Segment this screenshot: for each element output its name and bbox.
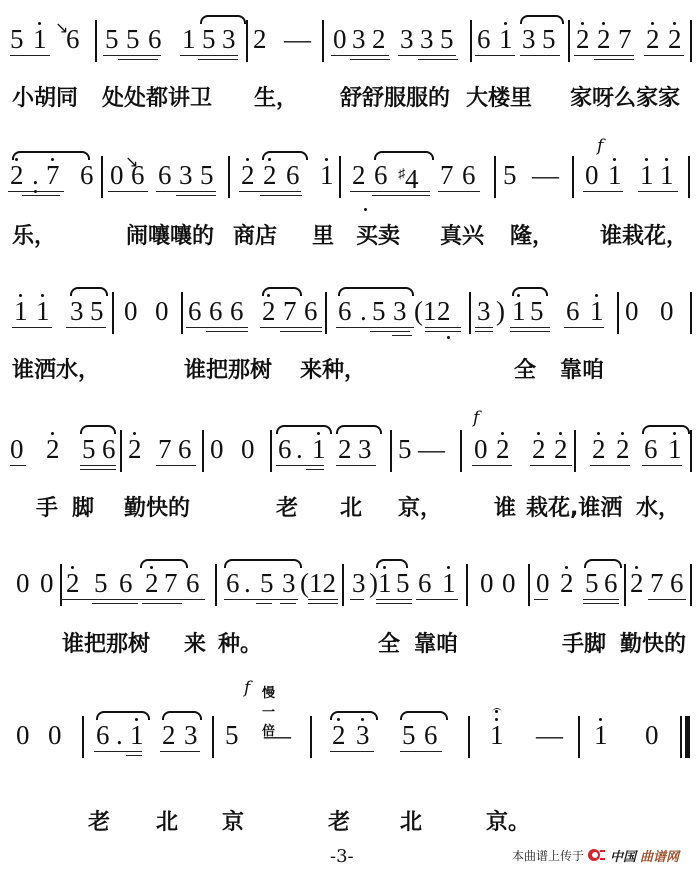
note-token: — (284, 24, 311, 54)
duration-underline (398, 55, 456, 56)
duration-underline (376, 599, 412, 600)
duration-underline (590, 465, 630, 466)
lyric-text: 脚 (72, 496, 94, 522)
watermark-site-cn: 中国 (610, 846, 636, 865)
note-token: 0 (10, 434, 24, 464)
note-token: 3 (358, 434, 372, 464)
note-token: 6 (604, 568, 618, 598)
note-token: 7 (164, 568, 178, 598)
note-token: 2 (668, 24, 682, 54)
note-token: 0 (124, 296, 138, 326)
barline (215, 564, 217, 606)
note-token: 6 (96, 720, 110, 750)
note-token: 2 (10, 160, 24, 190)
lyric-text: 处处都讲卫 (102, 86, 212, 112)
duration-underline (583, 191, 623, 192)
duration-underline (80, 465, 116, 466)
lyric-text: 京。 (486, 810, 530, 836)
note-token: 2 (532, 434, 546, 464)
note-token: 2 (496, 434, 510, 464)
lyric-text: 闹嚷嚷的 (126, 224, 214, 250)
note-token: — (418, 434, 445, 464)
octave-dot-above (133, 432, 136, 435)
note-token: 2 (597, 24, 611, 54)
note-token: 5 (260, 568, 274, 598)
note-token: 0 (48, 720, 62, 750)
duration-underline (260, 327, 322, 328)
fermata-icon (492, 708, 502, 714)
barline (690, 20, 692, 62)
barline (468, 716, 470, 758)
barline (95, 20, 97, 62)
note-token: 0 (241, 434, 255, 464)
note-token: 1 (14, 296, 28, 326)
lyric-text: 小胡同 (12, 86, 78, 112)
note-token: 2 (646, 24, 660, 54)
lyric-text: 种。 (218, 632, 262, 658)
note-token: 5 (440, 24, 454, 54)
note-token: 1 (608, 160, 622, 190)
note-token: 6 (477, 24, 491, 54)
barline (528, 564, 530, 606)
tempo-marking: 慢一倍 (262, 682, 275, 739)
note-token: 0 (536, 568, 550, 598)
note-token: . (32, 160, 39, 190)
duration-underline (534, 599, 548, 600)
note-token: 5 (530, 296, 544, 326)
duration-underline (126, 755, 142, 756)
note-token: 2 (554, 434, 568, 464)
note-token: 2 (46, 434, 60, 464)
note-token: 1 (33, 24, 47, 54)
octave-dot-above (645, 158, 648, 161)
note-token: 6 (670, 568, 684, 598)
duration-underline (94, 751, 142, 752)
note-token: 5 (90, 296, 104, 326)
slur-arc (400, 711, 448, 720)
note-token: — (536, 720, 563, 750)
duration-underline (336, 465, 376, 466)
note-token: 6 (230, 296, 244, 326)
slur-arc (276, 425, 332, 434)
note-token: 6 (338, 296, 352, 326)
duration-underline (92, 603, 138, 604)
watermark-prefix: 本曲谱上传于 (512, 847, 584, 864)
note-token: 6 (374, 160, 388, 190)
note-token: 3 (522, 24, 536, 54)
note-token: 2 (162, 720, 176, 750)
note-token: 2 (592, 434, 606, 464)
duration-underline (198, 59, 238, 60)
final-barline-thin (680, 716, 682, 758)
note-token: 6 (158, 160, 172, 190)
note-token: 3 (352, 24, 366, 54)
duration-underline (392, 335, 412, 336)
barline (101, 156, 103, 198)
note-token: 0 (502, 568, 516, 598)
note-token: 3 (179, 160, 193, 190)
note-token: 0 (110, 160, 124, 190)
note-token: 3 (222, 24, 236, 54)
duration-underline (239, 191, 301, 192)
note-token: 6 (119, 568, 133, 598)
note-token: 2 (560, 568, 574, 598)
octave-dot-above (599, 718, 602, 721)
duration-underline (376, 603, 412, 604)
duration-underline (418, 59, 458, 60)
barline (466, 564, 468, 606)
note-token: 1 (660, 160, 674, 190)
slur-arc (336, 425, 382, 434)
note-token: . (244, 568, 251, 598)
barline (690, 430, 692, 472)
duration-underline (564, 327, 604, 328)
note-token: 3 (477, 296, 491, 326)
note-token: 0 (660, 296, 674, 326)
lyric-text: 大楼里 (466, 86, 532, 112)
barline (120, 430, 122, 472)
duration-underline (574, 55, 634, 56)
note-token: ) (496, 296, 505, 326)
duration-underline (12, 327, 52, 328)
note-token: 2 (145, 568, 159, 598)
barline (342, 564, 344, 606)
duration-underline (583, 603, 619, 604)
duration-underline (644, 55, 684, 56)
note-token: 6 (226, 568, 240, 598)
octave-dot-above (447, 566, 450, 569)
barline (688, 156, 690, 198)
note-token: 6 (286, 160, 300, 190)
note-token: 6 (278, 434, 292, 464)
lyric-text: 真兴 (440, 224, 484, 250)
duration-underline (510, 331, 550, 332)
note-token: 0 (474, 434, 488, 464)
lyric-text: 水， (636, 496, 680, 522)
note-token: 6 (424, 720, 438, 750)
lyric-text: 生， (254, 86, 298, 112)
octave-dot-above (246, 158, 249, 161)
watermark: 本曲谱上传于 中国曲谱网 (512, 846, 679, 865)
octave-dot-above (581, 22, 584, 25)
octave-dot-above (613, 158, 616, 161)
octave-dot-above (559, 432, 562, 435)
duration-underline (425, 327, 461, 328)
lyric-text: 谁把那树 (184, 358, 272, 384)
slur-arc (200, 15, 246, 24)
note-token: 3 (352, 568, 366, 598)
barline (325, 292, 327, 334)
slur-arc (224, 559, 302, 568)
note-token: 2 (262, 296, 276, 326)
octave-dot-above (651, 22, 654, 25)
note-token: 1 (182, 24, 196, 54)
barline (494, 156, 496, 198)
duration-underline (350, 191, 430, 192)
note-token: 5 (372, 296, 386, 326)
slur-arc (520, 15, 564, 24)
octave-dot-above (38, 22, 41, 25)
note-token: 1 (490, 720, 504, 750)
note-token: 2 (263, 160, 277, 190)
lyric-text: 北 (400, 810, 422, 836)
note-token: 6 (186, 568, 200, 598)
barline (572, 156, 574, 198)
duration-underline (370, 331, 410, 332)
duration-underline (350, 599, 364, 600)
note-token: 0 (625, 296, 639, 326)
duration-underline (648, 599, 686, 600)
barline (390, 430, 392, 472)
dynamic-forte: f (473, 408, 479, 428)
note-token: 2 (576, 24, 590, 54)
lyric-text: 谁 (494, 496, 516, 522)
note-token: 5 (225, 720, 239, 750)
duration-underline (186, 327, 248, 328)
note-token: 6 (102, 434, 116, 464)
octave-dot-above (71, 566, 74, 569)
note-token: 3 (420, 24, 434, 54)
barline (690, 292, 692, 334)
lyric-text: 谁把那树 (62, 632, 150, 658)
note-token: 2 (253, 24, 267, 54)
note-token: 2 (128, 434, 142, 464)
slur-arc (374, 151, 434, 160)
duration-underline (280, 603, 296, 604)
barline (469, 292, 471, 334)
note-token: 1 (499, 24, 513, 54)
lyric-text: 来 (184, 632, 206, 658)
note-token: (12 (300, 568, 336, 598)
octave-dot-above (673, 22, 676, 25)
note-token: . (296, 434, 303, 464)
octave-dot-above (504, 22, 507, 25)
barline (212, 716, 214, 758)
note-token: 6 (566, 296, 580, 326)
slur-arc (262, 287, 302, 296)
note-token: 0 (645, 720, 659, 750)
lyric-text: 全 (378, 632, 400, 658)
barline (578, 716, 580, 758)
note-token: 2 (241, 160, 255, 190)
note-token: 6 (304, 296, 318, 326)
duration-underline (60, 599, 205, 600)
duration-underline (256, 603, 272, 604)
final-barline-thick (685, 716, 690, 758)
lyric-text: 隆， (510, 224, 554, 250)
note-token: 2 (332, 720, 346, 750)
lyric-text: 舒舒服服的 (340, 86, 450, 112)
duration-underline (330, 751, 374, 752)
lyric-text: 靠咱 (560, 358, 604, 384)
note-token: 7 (46, 160, 60, 190)
note-token: 0 (333, 24, 347, 54)
note-token: 5 (200, 160, 214, 190)
octave-dot-below (447, 336, 450, 339)
jianpu-score: 5165561532—032335613522722↘小胡同处处都讲卫生，舒舒服… (0, 0, 700, 870)
note-token: 6 (418, 568, 432, 598)
duration-underline (510, 327, 550, 328)
barline (339, 156, 341, 198)
duration-underline (156, 465, 196, 466)
note-token: 7 (618, 24, 632, 54)
note-token: 6 (644, 434, 658, 464)
lyric-text: 商店 (233, 224, 277, 250)
barline (617, 292, 619, 334)
note-token: 2 (630, 568, 644, 598)
barline (460, 430, 462, 472)
note-token: 5 (396, 568, 410, 598)
octave-dot-above (602, 22, 605, 25)
note-token: 0 (40, 568, 54, 598)
note-token: 5 (503, 160, 517, 190)
octave-dot-above (501, 432, 504, 435)
lyric-text: 栽花,谁洒 (526, 496, 622, 522)
note-token: 1 (590, 296, 604, 326)
note-token: 6 (462, 160, 476, 190)
note-token: 6 (188, 296, 202, 326)
lyric-text: 老 (276, 496, 298, 522)
lyric-text: 谁栽花， (600, 224, 688, 250)
duration-underline (350, 59, 390, 60)
duration-underline (642, 465, 682, 466)
duration-underline (530, 465, 572, 466)
note-token: 0 (585, 160, 599, 190)
note-token: 1 (130, 720, 144, 750)
octave-dot-above (621, 432, 624, 435)
note-token: 3 (70, 296, 84, 326)
note-token: 3 (184, 720, 198, 750)
slur-arc (338, 287, 414, 296)
duration-underline (66, 327, 106, 328)
note-token: 6 (80, 160, 94, 190)
barline (690, 564, 692, 606)
duration-underline (224, 599, 298, 600)
lyric-text: 北 (156, 810, 178, 836)
note-token: — (532, 160, 559, 190)
slur-arc (162, 711, 202, 720)
note-token: 6 (178, 434, 192, 464)
note-token: ) (369, 568, 378, 598)
barline (574, 430, 576, 472)
octave-dot-above (325, 158, 328, 161)
duration-underline (108, 191, 148, 192)
duration-underline (583, 599, 619, 600)
duration-underline (520, 55, 560, 56)
duration-underline (475, 331, 493, 332)
duration-underline (308, 599, 338, 600)
lyric-text: 老 (88, 810, 110, 836)
slur-arc (70, 287, 108, 296)
duration-underline (118, 59, 158, 60)
note-token: 0 (480, 568, 494, 598)
note-token: ♯4 (398, 160, 419, 194)
note-token: 2 (372, 24, 386, 54)
octave-dot-above (51, 432, 54, 435)
slur-arc (584, 559, 622, 568)
barline (202, 430, 204, 472)
barline (624, 564, 626, 606)
duration-underline (276, 465, 324, 466)
note-token: 1 (36, 296, 50, 326)
note-token: 2 (437, 296, 451, 326)
barline (310, 716, 312, 758)
note-token: 1 (312, 434, 326, 464)
barline (470, 20, 472, 62)
lyric-text: 来种， (300, 358, 366, 384)
note-token: 2 (338, 434, 352, 464)
note-token: 6 (209, 296, 223, 326)
duration-underline (438, 191, 480, 192)
dynamic-forte: f (597, 136, 603, 156)
duration-underline (336, 327, 414, 328)
note-token: 5 (126, 24, 140, 54)
lyric-text: 里 (312, 224, 334, 250)
duration-underline (206, 331, 248, 332)
note-token: . (116, 720, 123, 750)
note-token: 1 (442, 568, 456, 598)
octave-dot-above (635, 566, 638, 569)
slur-arc (96, 711, 150, 720)
barline (82, 716, 84, 758)
note-token: 1 (512, 296, 526, 326)
note-token: 7 (283, 296, 297, 326)
duration-underline (103, 55, 161, 56)
lyric-text: 北 (340, 496, 362, 522)
duration-underline (10, 55, 50, 56)
duration-underline (10, 465, 26, 466)
watermark-site-qp: 曲谱网 (640, 846, 679, 865)
note-token: 5 (402, 720, 416, 750)
note-token: 1 (640, 160, 654, 190)
duration-underline (331, 55, 389, 56)
barline (246, 20, 248, 62)
note-token: 6 (148, 24, 162, 54)
lyric-text: 手 (36, 496, 58, 522)
note-token: 7 (440, 160, 454, 190)
note-token: 5 (585, 568, 599, 598)
note-token: (1 (414, 296, 437, 326)
lyric-text: 买卖 (356, 224, 400, 250)
note-token: 7 (650, 568, 664, 598)
slur-arc (642, 425, 690, 434)
note-token: 1 (668, 434, 682, 464)
lyric-text: 全 (514, 358, 536, 384)
slur-arc (140, 559, 188, 568)
grace-arrow-icon: ↘ (125, 152, 138, 171)
lyric-text: 勤快的 (620, 632, 686, 658)
note-token: 5 (82, 434, 96, 464)
octave-dot-above (19, 294, 22, 297)
note-token: 5 (398, 434, 412, 464)
barline (322, 20, 324, 62)
duration-underline (638, 191, 678, 192)
slur-arc (12, 151, 90, 160)
note-token: 5 (202, 24, 216, 54)
barline (568, 20, 570, 62)
slur-arc (330, 711, 378, 720)
lyric-text: 乐， (12, 224, 56, 250)
octave-dot-above (537, 432, 540, 435)
duration-underline (22, 195, 60, 196)
duration-underline (372, 195, 430, 196)
lyric-text: 勤快的 (124, 496, 190, 522)
note-token: 1 (594, 720, 608, 750)
dynamic-forte: f (244, 678, 250, 698)
grace-arrow-icon: ↘ (55, 18, 68, 37)
octave-dot-below (364, 208, 367, 211)
note-token: 0 (210, 434, 224, 464)
